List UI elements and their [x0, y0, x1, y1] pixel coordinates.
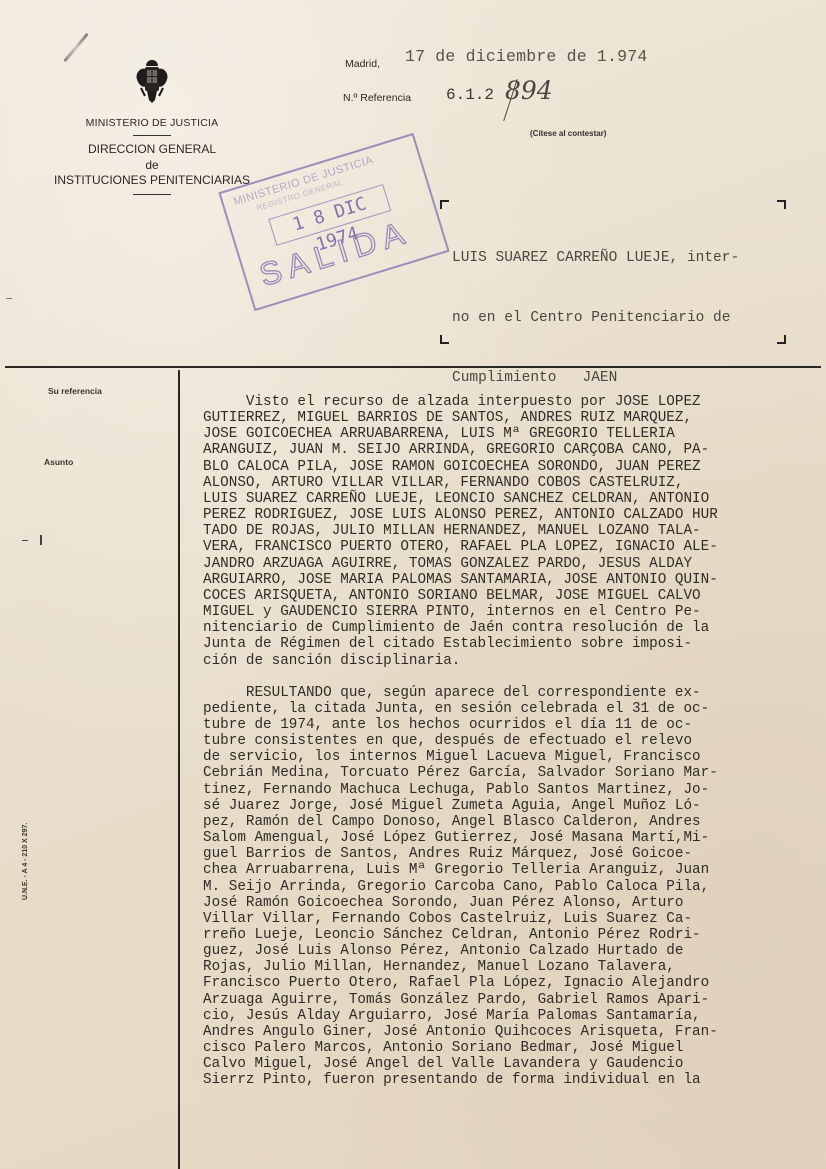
body-line: Villar Villar, Fernando Cobos Castelruiz…	[203, 911, 813, 927]
body-line: Cebrián Medina, Torcuato Pérez García, S…	[203, 765, 813, 781]
vertical-rule	[178, 370, 180, 1169]
place-label: Madrid,	[345, 58, 380, 70]
paragraph-resultando: RESULTANDO que, según aparece del corres…	[203, 685, 813, 1089]
outgoing-stamp: MINISTERIO DE JUSTICIA REGISTRO GENERAL …	[218, 133, 449, 311]
reference-number: 6.1.2	[446, 86, 494, 104]
body-line: pediente, la citada Junta, en sesión cel…	[203, 701, 813, 717]
paragraph-visto: Visto el recurso de alzada interpuesto p…	[203, 394, 813, 669]
body-line: guez, José Luis Alonso Pérez, Antonio Ca…	[203, 943, 813, 959]
letterhead: MINISTERIO DE JUSTICIA DIRECCION GENERAL…	[52, 58, 252, 201]
institution-name: INSTITUCIONES PENITENCIARIAS	[52, 173, 252, 188]
body-line: cio, Jesús Alday Arguiarro, José María P…	[203, 1008, 813, 1024]
body-line: tubre consistentes en que, después de ef…	[203, 733, 813, 749]
body-line: Sierrz Pinto, fueron presentando de form…	[203, 1072, 813, 1088]
body-line: ARANGUIZ, JUAN M. SEIJO ARRINDA, GREGORI…	[203, 442, 813, 458]
body-line: Salom Amengual, José López Gutierrez, Jo…	[203, 830, 813, 846]
direction-connector: de	[52, 157, 252, 173]
your-reference-label: Su referencia	[48, 386, 102, 396]
divider	[133, 194, 171, 195]
body-line: Francisco Puerto Otero, Rafael Pla López…	[203, 975, 813, 991]
ministry-name: MINISTERIO DE JUSTICIA	[52, 117, 252, 129]
body-line: ARGUIARRO, JOSE MARIA PALOMAS SANTAMARIA…	[203, 572, 813, 588]
body-line: M. Seijo Arrinda, Gregorio Carcoba Cano,…	[203, 879, 813, 895]
divider	[133, 135, 171, 136]
body-line: JOSE GOICOECHEA ARRUABARRENA, LUIS Mª GR…	[203, 426, 813, 442]
body-line: chea Arruabarrena, Luis Mª Gregorio Tell…	[203, 862, 813, 878]
body-line: Calvo Miguel, José Angel del Valle Lavan…	[203, 1056, 813, 1072]
document-page: MINISTERIO DE JUSTICIA DIRECCION GENERAL…	[0, 0, 826, 1169]
body-line: rreño Lueje, Leoncio Sánchez Celdran, An…	[203, 927, 813, 943]
paper-format-note: U.N.E. - A 4 - 210 X 297.	[22, 823, 29, 900]
body-line: Visto el recurso de alzada interpuesto p…	[203, 394, 813, 410]
document-body: Visto el recurso de alzada interpuesto p…	[203, 394, 813, 1089]
body-line: José Ramón Goicoechea Sorondo, Juan Pére…	[203, 895, 813, 911]
coat-of-arms-icon	[135, 58, 169, 104]
body-line: RESULTANDO que, según aparece del corres…	[203, 685, 813, 701]
reference-label: N.º Referencia	[343, 92, 411, 104]
body-line: Arzuaga Aguirre, Tomás González Pardo, G…	[203, 992, 813, 1008]
body-line: COCES ARISQUETA, ANTONIO SORIANO BELMAR,…	[203, 588, 813, 604]
margin-mark	[22, 540, 28, 541]
address-corner-mark	[440, 200, 449, 209]
body-line: VERA, FRANCISCO PUERTO OTERO, RAFAEL PLA…	[203, 539, 813, 555]
addressee-line: no en el Centro Penitenciario de	[452, 308, 792, 328]
body-line: pez, Ramón del Campo Donoso, Angel Blasc…	[203, 814, 813, 830]
margin-mark	[6, 298, 12, 299]
body-line: BLO CALOCA PILA, JOSE RAMON GOICOECHEA S…	[203, 459, 813, 475]
body-line: cisco Palero Marcos, Antonio Soriano Bed…	[203, 1040, 813, 1056]
body-line: LUIS SUAREZ CARREÑO LUEJE, LEONCIO SANCH…	[203, 491, 813, 507]
horizontal-rule	[5, 366, 821, 368]
address-corner-mark	[440, 335, 449, 344]
body-line: sé Juarez Jorge, José Miguel Zumeta Agui…	[203, 798, 813, 814]
body-line: Junta de Régimen del citado Establecimie…	[203, 636, 813, 652]
body-line: TADO DE ROJAS, JULIO MILLAN HERNANDEZ, M…	[203, 523, 813, 539]
body-line: MIGUEL y GAUDENCIO SIERRA PINTO, interno…	[203, 604, 813, 620]
cite-note: (Cítese al contestar)	[530, 129, 606, 138]
document-date: 17 de diciembre de 1.974	[405, 47, 647, 66]
body-line: GUTIERREZ, MIGUEL BARRIOS DE SANTOS, AND…	[203, 410, 813, 426]
body-line: Rojas, Julio Millan, Hernandez, Manuel L…	[203, 959, 813, 975]
body-line: de servicio, los internos Miguel Lacueva…	[203, 749, 813, 765]
body-line: ALONSO, ARTURO VILLAR VILLAR, FERNANDO C…	[203, 475, 813, 491]
body-line: JANDRO ARZUAGA AGUIRRE, TOMAS GONZALEZ P…	[203, 556, 813, 572]
addressee-line: Cumplimiento JAEN	[452, 368, 792, 388]
body-line: guel Barrios de Santos, Andres Ruiz Márq…	[203, 846, 813, 862]
body-line: ción de sanción disciplinaria.	[203, 653, 813, 669]
direction-name: DIRECCION GENERAL	[52, 142, 252, 157]
margin-mark	[40, 535, 42, 545]
body-line: Andres Angulo Giner, José Antonio Quihco…	[203, 1024, 813, 1040]
body-line: nitenciario de Cumplimiento de Jaén cont…	[203, 620, 813, 636]
body-line: tinez, Fernando Machuca Lechuga, Pablo S…	[203, 782, 813, 798]
addressee-line: LUIS SUAREZ CARREÑO LUEJE, inter-	[452, 248, 792, 268]
handwritten-reference: 894	[505, 76, 553, 105]
body-line: PEREZ RODRIGUEZ, JOSE LUIS ALONSO PEREZ,…	[203, 507, 813, 523]
body-line: tubre de 1974, ante los hechos ocurridos…	[203, 717, 813, 733]
subject-label: Asunto	[44, 457, 73, 467]
